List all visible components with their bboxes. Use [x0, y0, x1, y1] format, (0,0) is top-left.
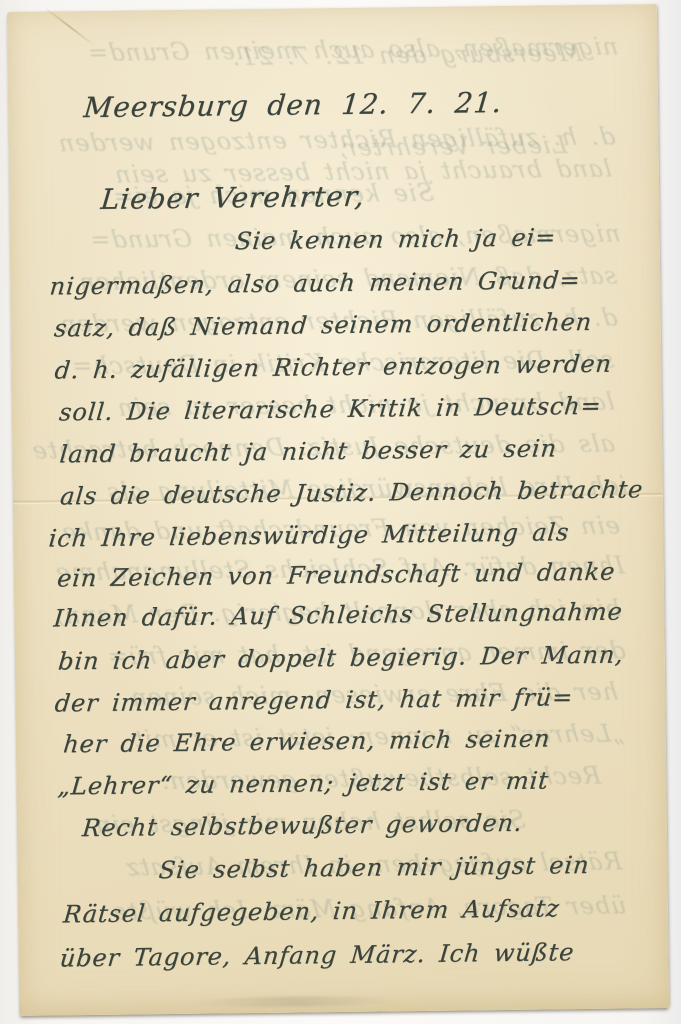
handwritten-line: ein Zeichen von Freundschaft und danke: [56, 558, 617, 593]
handwritten-line: Ihnen dafür. Auf Schleichs Stellungnahme: [52, 598, 623, 633]
handwritten-line: Sie kennen mich ja ei=: [234, 223, 558, 255]
handwritten-line: als die deutsche Justiz. Dennoch betrach…: [59, 475, 645, 510]
bleedthrough-line: Meersburg den 12. 7. 21.: [230, 39, 584, 71]
handwritten-line: satz, daß Niemand seinem ordentlichen: [53, 308, 594, 343]
handwritten-line: Recht selbstbewußter geworden.: [81, 809, 524, 842]
handwritten-line: nigermaßen, also auch meinen Grund=: [48, 266, 581, 301]
dateline: Meersburg den 12. 7. 21.: [82, 86, 503, 124]
handwritten-line: her die Ehre erwiesen, mich seinen: [62, 724, 552, 758]
handwritten-line: „Lehrer“ zu nennen; jetzt ist er mit: [57, 766, 551, 800]
handwritten-line: über Tagore, Anfang März. Ich wüßte: [59, 938, 576, 972]
bottom-smudge: [189, 995, 399, 1008]
handwriting-layer: Meersburg den 12. 7. 21. Lieber Verehrte…: [7, 4, 657, 12]
bleedthrough-line: d. h. zufälligen Richter entzogen werden: [56, 123, 616, 158]
handwritten-line: soll. Die literarische Kritik in Deutsch…: [58, 392, 603, 427]
handwritten-line: d. h. zufälligen Richter entzogen werden: [53, 350, 613, 385]
letter-paper: Meersburg den 12. 7. 21.Lieber Verehrter…: [7, 4, 669, 1016]
handwritten-line: ich Ihre liebenswürdige Mitteilung als: [47, 518, 570, 552]
bleedthrough-line: nigermaßen, also auch meinen Grund=: [86, 33, 620, 67]
handwritten-line: bin ich aber doppelt begierig. Der Mann,: [57, 641, 625, 676]
handwritten-line: der immer anregend ist, hat mir frü=: [54, 683, 575, 717]
scan-background: Meersburg den 12. 7. 21.Lieber Verehrter…: [0, 0, 681, 1024]
handwritten-line: Sie selbst haben mir jüngst ein: [158, 851, 591, 884]
salutation: Lieber Verehrter,: [99, 180, 366, 216]
handwritten-line: Rätsel aufgegeben, in Ihrem Aufsatz: [62, 894, 561, 928]
corner-crease: [43, 6, 95, 46]
handwritten-line: land braucht ja nicht besser zu sein: [58, 434, 558, 468]
bleedthrough-line: Lieber Verehrter,: [336, 131, 568, 162]
